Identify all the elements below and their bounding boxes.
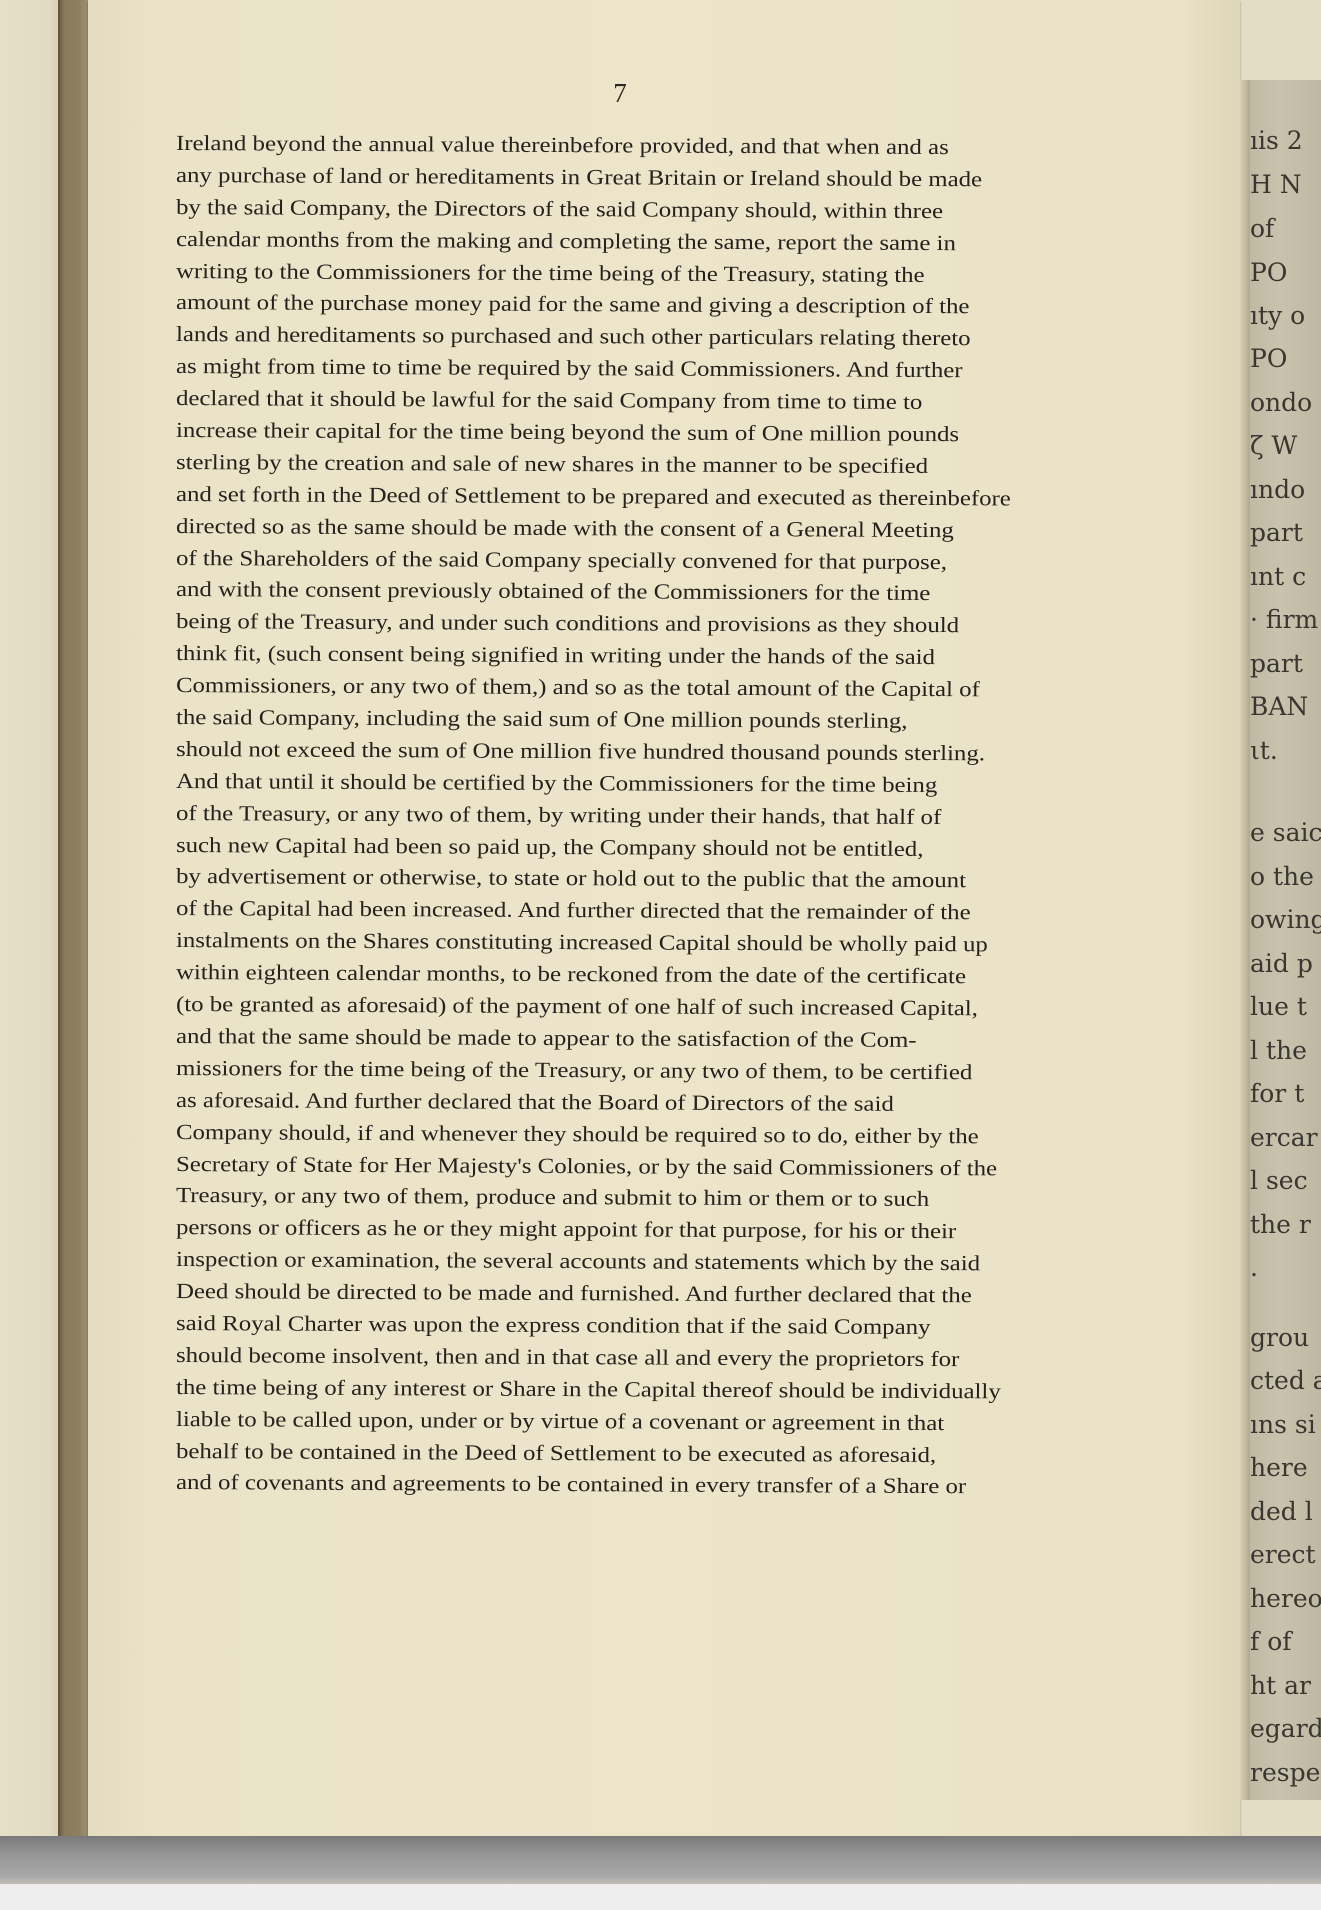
text-line: as might from time to time be required b… [176,351,963,387]
fragment-line: . [1250,1253,1258,1282]
text-line: Commissioners, or any two of them,) and … [176,670,980,706]
scan-background [0,1884,1321,1910]
fragment-line: PO [1250,344,1287,373]
text-line: such new Capital had been so paid up, th… [176,830,924,866]
text-line: Ireland beyond the annual value thereinb… [176,128,949,164]
text-line: missioners for the time being of the Tre… [176,1053,972,1089]
text-line: within eighteen calendar months, to be r… [176,957,966,993]
text-line: Secretary of State for Her Majesty's Col… [176,1149,997,1185]
book-gutter [58,0,88,1840]
text-line: and that the same should be made to appe… [176,1021,917,1057]
text-line: persons or officers as he or they might … [176,1212,956,1248]
fragment-line: ondo [1250,388,1312,417]
text-line: being of the Treasury, and under such co… [176,606,959,642]
text-line: by advertisement or otherwise, to state … [176,861,966,897]
text-line: of the Treasury, or any two of them, by … [176,798,941,834]
text-line: and of covenants and agreements to be co… [176,1467,966,1503]
body-text: Ireland beyond the annual value thereinb… [176,128,1068,1499]
scanner-bed-edge [0,1836,1321,1886]
text-line: as aforesaid. And further declared that … [176,1085,894,1121]
text-line: instalments on the Shares constituting i… [176,925,988,961]
fragment-line: erect [1250,1540,1316,1569]
text-line: said Royal Charter was upon the express … [176,1308,931,1344]
text-line: declared that it should be lawful for th… [176,383,923,419]
text-line: think fit, (such consent being signified… [176,638,935,674]
fragment-line: ıis 2 [1250,126,1303,155]
text-line: increase their capital for the time bein… [176,415,959,451]
page-number: 7 [613,78,627,109]
text-line: should become insolvent, then and in tha… [176,1340,959,1376]
text-line: inspection or examination, the several a… [176,1244,980,1280]
fragment-line: ercar [1250,1123,1318,1152]
fragment-line: BAN [1250,692,1308,721]
text-line: Deed should be directed to be made and f… [176,1276,972,1312]
text-line: and set forth in the Deed of Settlement … [176,479,1011,515]
fragment-line: part [1250,649,1303,678]
text-line: by the said Company, the Directors of th… [176,192,943,228]
fragment-line: for t [1250,1079,1304,1108]
fragment-line: o the [1250,862,1314,891]
fragment-line: ınt c [1250,562,1306,591]
strip-edge [1240,80,1250,1800]
text-line: calendar months from the making and comp… [176,224,956,260]
fragment-line: ζ W [1250,431,1297,460]
fragment-line: ht ar [1250,1671,1311,1700]
text-line: the said Company, including the said sum… [176,702,908,738]
fragment-line: here [1250,1453,1308,1482]
fragment-line: · firm [1250,605,1318,634]
text-line: writing to the Commissioners for the tim… [176,256,925,292]
fragment-line: H N [1250,170,1302,199]
fragment-line: of [1250,214,1274,243]
text-line: directed so as the same should be made w… [176,511,954,547]
fragment-line: hereo [1250,1584,1321,1613]
fragment-line: cted a [1250,1366,1321,1395]
fragment-line: ιt. [1250,736,1278,765]
fragment-line: f of [1250,1627,1292,1656]
text-line: Company should, if and whenever they sho… [176,1117,979,1153]
fragment-line: e saic [1250,818,1321,847]
adjacent-page-strip: ıis 2H NofPOıty oPOondoζ Wındopartınt c·… [1240,80,1321,1800]
fragment-line: aid p [1250,949,1313,978]
text-line: liable to be called upon, under or by vi… [176,1404,944,1440]
fragment-line: egard [1250,1714,1321,1743]
text-line: sterling by the creation and sale of new… [176,447,928,483]
text-line: lands and hereditaments so purchased and… [176,319,971,355]
fragment-line: ded l [1250,1497,1313,1526]
facing-page-edge [0,0,58,1835]
fragment-line: ındo [1250,475,1305,504]
fragment-line: owing [1250,905,1321,934]
text-line: should not exceed the sum of One million… [176,734,985,770]
text-line: Treasury, or any two of them, produce an… [176,1180,929,1216]
fragment-line: l the [1250,1036,1307,1065]
text-line: behalf to be contained in the Deed of Se… [176,1436,936,1472]
fragment-line: grou [1250,1323,1309,1352]
text-line: amount of the purchase money paid for th… [176,287,970,323]
text-line: (to be granted as aforesaid) of the paym… [176,989,978,1025]
fragment-line: l sec [1250,1166,1308,1195]
fragment-line: PO [1250,258,1287,287]
fragment-line: ıty o [1250,301,1305,330]
fragment-line: the r [1250,1210,1311,1239]
text-line: of the Shareholders of the said Company … [176,543,947,579]
fragment-line: respe [1250,1758,1320,1787]
text-line: of the Capital had been increased. And f… [176,893,971,929]
text-line: and with the consent previously obtained… [176,574,931,610]
fragment-line: part [1250,518,1303,547]
fragment-line: lue t [1250,992,1307,1021]
text-line: And that until it should be certified by… [176,766,938,802]
fragment-line: ıns si [1250,1410,1316,1439]
text-line: the time being of any interest or Share … [176,1372,1001,1408]
text-line: any purchase of land or hereditaments in… [176,160,982,196]
